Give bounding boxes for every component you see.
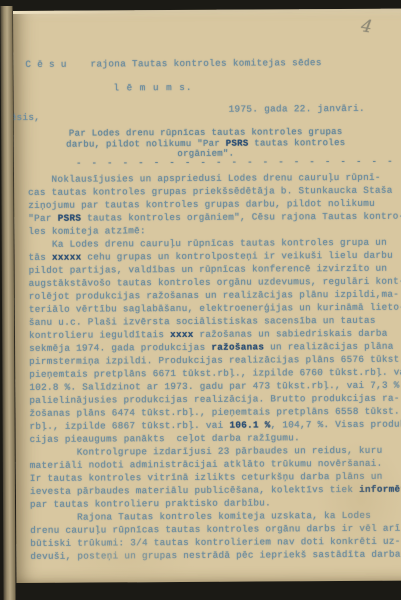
header-organization: C ē s u rajona Tautas kontroles komiteja… [25,56,322,71]
text-segment: ziņojumu par tautas kontroles grupas dar… [28,198,375,211]
text-segment: rolējot produkcijas ražošanas un realizā… [29,289,399,302]
text-segment: cijas pieaugums panākts ceļot darba ražī… [30,432,300,445]
header-date: 1975. gada 22. janvāri. [229,102,365,116]
document-page: 4 C ē s u rajona Tautas kontroles komite… [13,9,401,583]
text-segment: Noklausījusies un apspriedusi Lodes dren… [28,172,381,185]
header-document-type: l ē m u m s. [113,81,192,94]
text-segment: Rajona Tautas kontroles komiteja uzskata… [30,510,371,523]
text-segment: tās [28,252,52,263]
text-segment: les komiteja atzīmē: [28,225,146,237]
text-segment: žošanas plāns 6474 tūkst.rbļ., pieņemtai… [29,406,399,419]
text-segment: , 104,7 %. Visas produk- [271,419,401,431]
text-segment: Ka Lodes drenu cauruļu rūpnīcas tautas k… [28,237,387,250]
text-segment: Ir tautas kontroles vitrīnā izlikts cetu… [30,471,383,484]
marked-text: xxxxx [52,252,81,263]
handwritten-page-number: 4 [360,16,374,38]
marked-text: ražošanas [211,341,264,352]
text-segment: tautas kontroles orgāniem", Cēsu rajona … [81,211,401,224]
text-segment: cas tautas kontroles grupas priekšsēdētā… [28,185,393,198]
text-segment: ievesta pārbaudes materiālu publicēšana,… [30,484,359,497]
text-segment: rbļ., izpilde 6867 tūkst.rbļ. vai [30,420,230,432]
text-segment: pieņemtais pretplāns 6671 tūkst.rbļ., iz… [29,367,401,380]
text-segment: kontrolieru ieguldītais [29,329,170,341]
marked-text: PSRS [58,213,82,224]
text-segment: augstākstāvošo tautas kontroles orgānu u… [29,276,401,289]
header-place: Cēsis, [13,111,40,124]
text-segment: būtiski trūkumi: 3/4 tautas kontrolierie… [30,536,400,549]
marked-text: 106.1 % [229,419,270,430]
document-body: Noklausījusies un apspriedusi Lodes dren… [28,171,401,563]
text-segment: pildot partijas, valdības un rūpnīcas ko… [29,263,388,276]
marked-text: xxxx [170,329,194,340]
text-segment: palielinājusies produkcijas realizācija.… [29,393,399,406]
text-segment: pirmstermiņa izpildi. Produkcijas realiz… [29,354,401,367]
marked-text: PSRS [226,138,249,148]
text-segment: darbu, pildot nolikumu "Par [66,138,226,149]
text-segment: Kontrolgrupe izdarījusi 23 pārbaudes un … [30,445,383,458]
title-underline-dashes: - - - - - - - - - - - - - - - - - - - - … [76,154,401,169]
text-segment: drenu cauruļu rūpnīcas tautas kontroles … [30,523,400,536]
marked-text: informēts [359,484,401,495]
text-segment: devuši, posteņi un grupas nestrādā pēc i… [30,549,400,562]
text-segment: ražošanas un sabiedriskais darba [194,328,388,340]
text-segment: cehu grupas un kontrolposteņi ir veikuši… [81,250,393,263]
text-segment: par tautas kontrolieru praktisko darbību… [30,497,271,509]
text-segment: tautas kontroles [249,138,346,149]
text-segment: 102.8 %. Salīdzinot ar 1973. gadu par 47… [29,380,399,393]
text-segment: "Par [28,213,57,224]
text-segment: un realizācijas plāna [264,341,393,353]
body-line: devuši, posteņi un grupas nestrādā pēc i… [30,548,401,563]
text-segment: sekmēja 1974. gada produkcijas [29,342,211,354]
text-segment: teriālo vērtību saglabāšanu, elektroener… [29,302,401,315]
photographed-document-scan: 4 C ē s u rajona Tautas kontroles komite… [0,0,401,600]
text-segment: materiāli nodoti administrācijai atklāto… [30,458,383,471]
text-segment: šanu u.c. Plaši izvērsta sociālistiskas … [29,315,376,328]
